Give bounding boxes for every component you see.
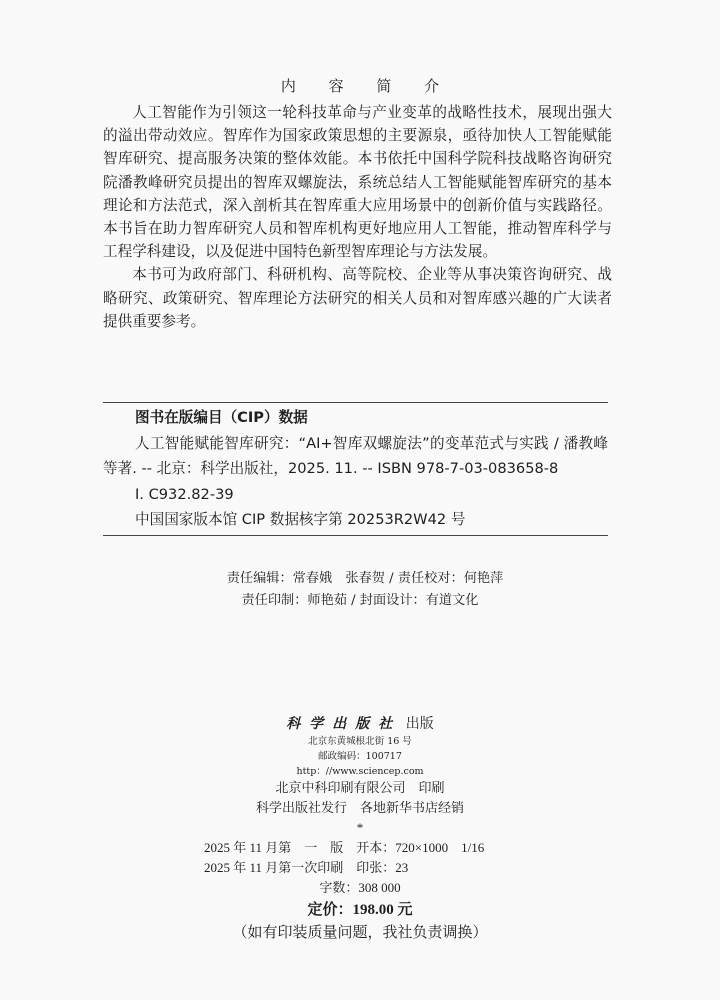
- publisher-info: 科学出版社 出版 北京东黄城根北街 16 号 邮政编码：100717 http：…: [0, 714, 720, 819]
- page-title: 内 容 简 介: [0, 75, 720, 96]
- summary-paragraph: 本书可为政府部门、科研机构、高等院校、企业等从事决策咨询研究、战略研究、政策研究…: [103, 263, 612, 333]
- distribution: 科学出版社发行 各地新华书店经销: [0, 799, 720, 819]
- publisher-name: 科学出版社 出版: [0, 714, 720, 734]
- cip-heading: 图书在版编目（CIP）数据: [103, 405, 608, 431]
- publisher-address: 北京东黄城根北街 16 号: [0, 734, 720, 749]
- edition-info: 2025 年 11 月第 一 版 开本：720×1000 1/16: [0, 838, 720, 858]
- cip-classification: Ⅰ. C932.82-39: [103, 482, 608, 508]
- cip-entry: 人工智能赋能智库研究：“AI+智库双螺旋法”的变革范式与实践 / 潘教峰等著. …: [103, 431, 608, 482]
- copyright-page: 内 容 简 介 人工智能作为引领这一轮科技革命与产业变革的战略性技术，展现出强大…: [0, 0, 720, 1000]
- price: 定价：198.00 元: [0, 898, 720, 922]
- publication-specs: * 2025 年 11 月第 一 版 开本：720×1000 1/16 2025…: [0, 818, 720, 944]
- publisher-suffix: 出版: [406, 716, 434, 732]
- credits-printing: 责任印制：师艳茹 / 封面设计：有道文化: [0, 590, 720, 612]
- content-summary: 人工智能作为引领这一轮科技革命与产业变革的战略性技术，展现出强大的溢出带动效应。…: [103, 101, 612, 333]
- cip-number: 中国国家版本馆 CIP 数据核字第 20253R2W42 号: [103, 507, 608, 533]
- publisher-website: http：//www.sciencep.com: [0, 764, 720, 779]
- separator-asterisk: *: [0, 818, 720, 838]
- publisher-postcode: 邮政编码：100717: [0, 749, 720, 764]
- word-count: 字数：308 000: [0, 878, 720, 898]
- printing-info: 2025 年 11 月第一次印刷 印张：23: [0, 858, 720, 878]
- quality-note: （如有印装质量问题，我社负责调换）: [0, 922, 720, 944]
- summary-paragraph: 人工智能作为引领这一轮科技革命与产业变革的战略性技术，展现出强大的溢出带动效应。…: [103, 101, 612, 263]
- printer: 北京中科印刷有限公司 印刷: [0, 779, 720, 799]
- credits: 责任编辑：常春娥 张春贺 / 责任校对：何艳萍 责任印制：师艳茹 / 封面设计：…: [0, 568, 720, 612]
- credits-editors: 责任编辑：常春娥 张春贺 / 责任校对：何艳萍: [0, 568, 720, 590]
- cip-data-block: 图书在版编目（CIP）数据 人工智能赋能智库研究：“AI+智库双螺旋法”的变革范…: [103, 402, 608, 536]
- publisher-logo: 科学出版社: [286, 716, 401, 732]
